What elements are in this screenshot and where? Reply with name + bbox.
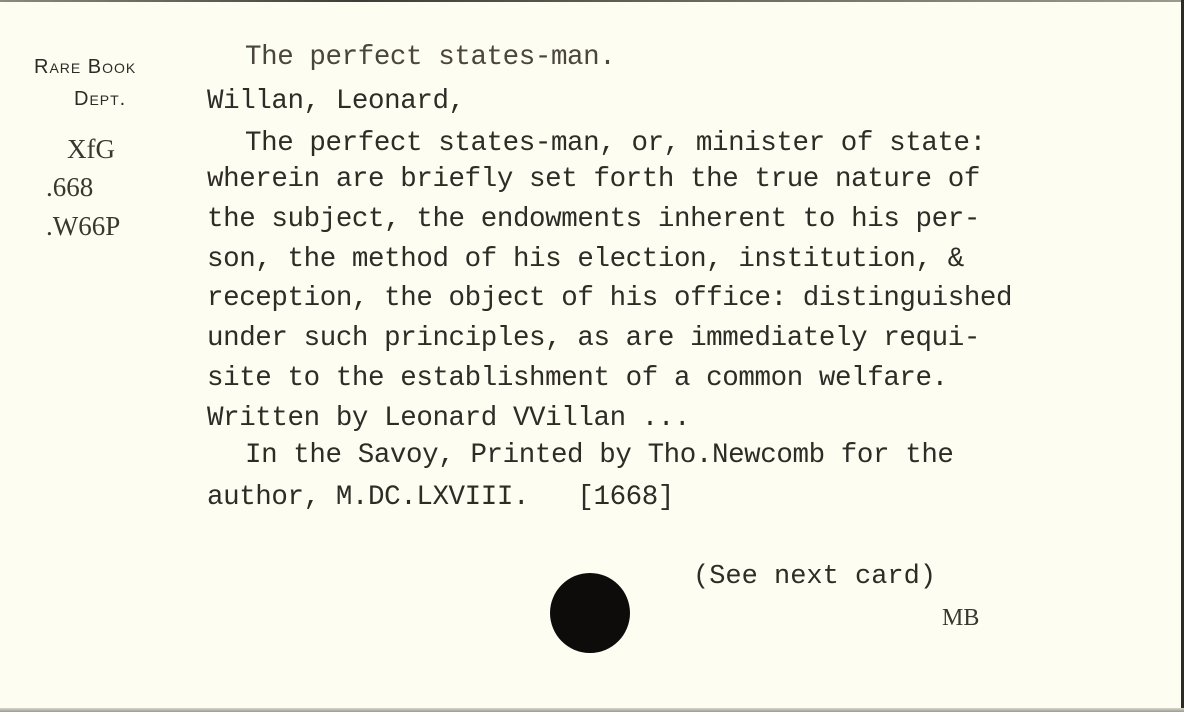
body-line: The perfect states-man, or, minister of … — [245, 128, 986, 159]
author-heading: Willan, Leonard, — [207, 86, 465, 117]
title-heading: The perfect states-man. — [245, 42, 615, 73]
card-bottom-edge — [0, 708, 1184, 712]
catalog-card: Rare Book Dept. XfG .668 .W66P The perfe… — [0, 0, 1184, 712]
department-label-line2: Dept. — [74, 88, 126, 111]
cataloger-initials: MB — [942, 605, 979, 632]
body-line: site to the establishment of a common we… — [207, 363, 948, 394]
body-line: Written by Leonard VVillan ... — [207, 403, 690, 434]
body-line: son, the method of his election, institu… — [207, 244, 964, 275]
department-label-line1: Rare Book — [34, 56, 136, 79]
body-line: the subject, the endowments inherent to … — [207, 204, 980, 235]
body-line: under such principles, as are immediatel… — [207, 323, 980, 354]
body-line: wherein are briefly set forth the true n… — [207, 164, 980, 195]
call-number-line3: .W66P — [46, 211, 120, 242]
call-number-line2: .668 — [46, 172, 93, 203]
continuation-note: (See next card) — [693, 562, 936, 592]
body-line: reception, the object of his office: dis… — [207, 283, 1012, 314]
imprint-line: In the Savoy, Printed by Tho.Newcomb for… — [245, 440, 954, 471]
punch-hole — [550, 573, 630, 653]
imprint-line: author, M.DC.LXVIII. [1668] — [207, 482, 674, 513]
call-number-line1: XfG — [67, 134, 115, 165]
card-top-edge — [0, 0, 1184, 2]
